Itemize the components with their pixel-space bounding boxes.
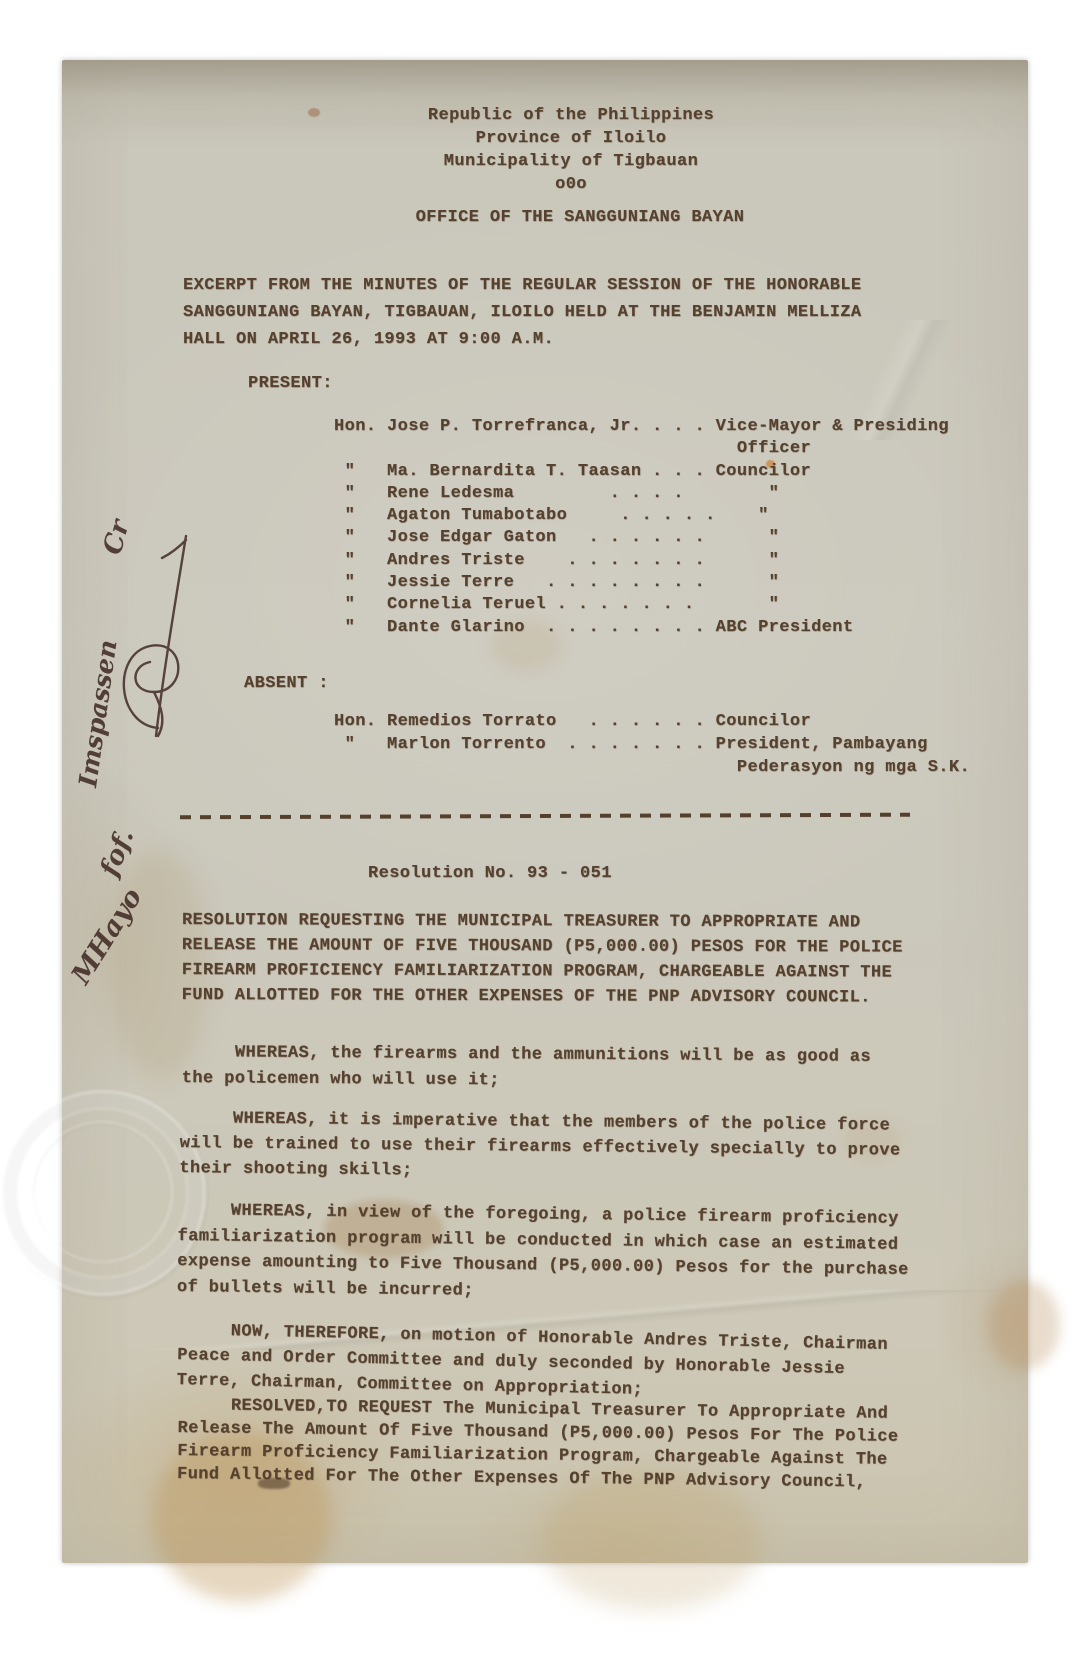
dashed-divider (180, 813, 910, 820)
whereas-clause-3: WHEREAS, in view of the foregoing, a pol… (177, 1198, 910, 1309)
absent-label: ABSENT : (244, 674, 329, 693)
document-header: Republic of the Philippines Province of … (62, 104, 1028, 196)
signature-loops (124, 536, 186, 736)
scanned-photo-background: Republic of the Philippines Province of … (0, 0, 1088, 1664)
margin-word: Imspassen (73, 638, 122, 790)
document-page: Republic of the Philippines Province of … (62, 60, 1028, 1563)
absent-roster: Hon. Remedios Torrato . . . . . . Counci… (334, 710, 970, 779)
margin-word: MHayo (65, 883, 148, 991)
typed-correction-smudge (258, 1478, 290, 1489)
embossed-seal-icon (0, 1090, 206, 1296)
resolution-number: Resolution No. 93 - 051 (368, 864, 612, 883)
whereas-clause-2: WHEREAS, it is imperative that the membe… (179, 1106, 901, 1189)
office-title: OFFICE OF THE SANGGUNIANG BAYAN (62, 206, 1028, 229)
margin-word: Cr (98, 515, 136, 558)
resolution-title: RESOLUTION REQUESTING THE MUNICIPAL TREA… (182, 908, 903, 1011)
present-label: PRESENT: (248, 374, 333, 393)
present-roster: Hon. Jose P. Torrefranca, Jr. . . . Vice… (334, 416, 949, 639)
embossed-seal-inner-ring (31, 1121, 173, 1263)
stain (988, 1280, 1060, 1370)
excerpt-paragraph: EXCERPT FROM THE MINUTES OF THE REGULAR … (183, 272, 862, 353)
margin-word: fof. (94, 825, 140, 882)
whereas-clause-1: WHEREAS, the firearms and the ammunition… (182, 1040, 871, 1097)
